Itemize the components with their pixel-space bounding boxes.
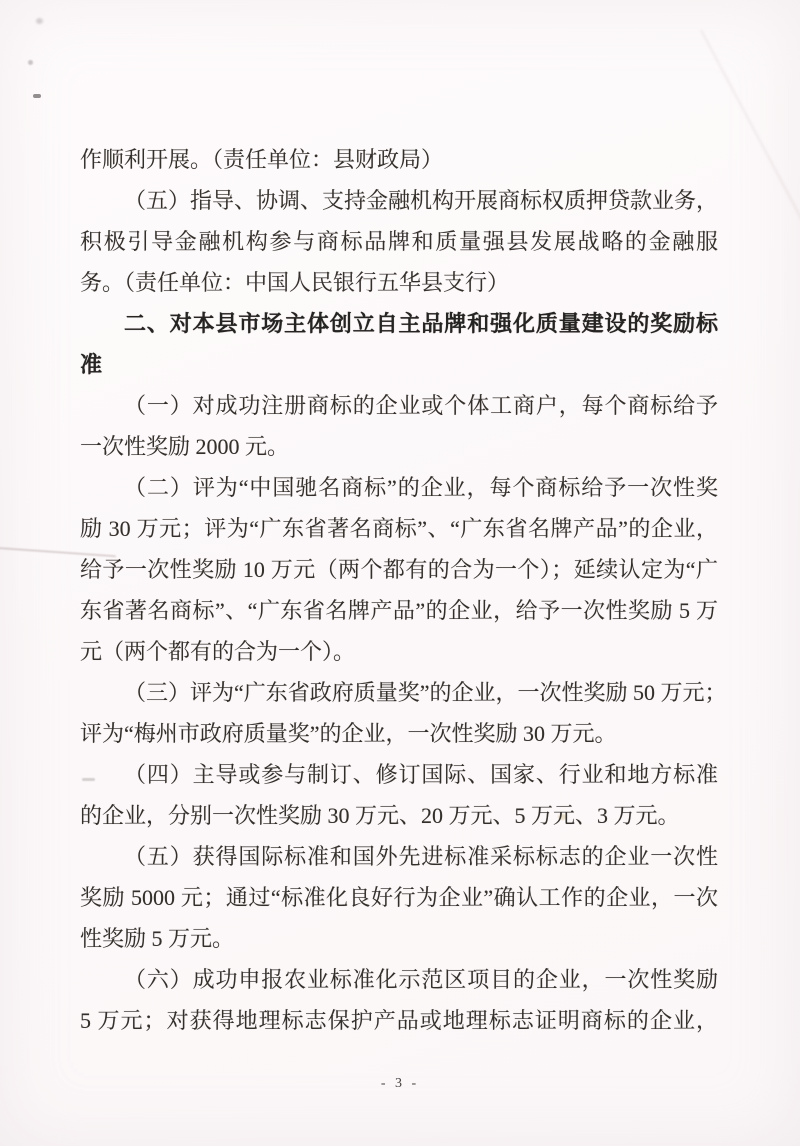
paragraph-line: 性奖励 5 万元。 bbox=[80, 918, 718, 959]
paragraph-line: 的企业，分别一次性奖励 30 万元、20 万元、5 万元、3 万元。 bbox=[80, 795, 718, 836]
paragraph-line: （二）评为“中国驰名商标”的企业，每个商标给予一次性奖 bbox=[80, 467, 718, 508]
paragraph-line: 给予一次性奖励 10 万元（两个都有的合为一个）；延续认定为“广 bbox=[80, 549, 718, 590]
scan-speck bbox=[28, 60, 33, 65]
paragraph-line: （一）对成功注册商标的企业或个体工商户，每个商标给予 bbox=[80, 385, 718, 426]
paragraph-line: 务。（责任单位：中国人民银行五华县支行） bbox=[80, 262, 718, 303]
paragraph-line: 积极引导金融机构参与商标品牌和质量强县发展战略的金融服 bbox=[80, 221, 718, 262]
page-number: - 3 - bbox=[0, 1076, 800, 1092]
paragraph-line: 5 万元；对获得地理标志保护产品或地理标志证明商标的企业， bbox=[80, 1000, 718, 1041]
section-heading-line: 二、对本县市场主体创立自主品牌和强化质量建设的奖励标 bbox=[80, 303, 718, 344]
paragraph-line: 励 30 万元；评为“广东省著名商标”、“广东省名牌产品”的企业， bbox=[80, 508, 718, 549]
paragraph-line: 评为“梅州市政府质量奖”的企业，一次性奖励 30 万元。 bbox=[80, 713, 718, 754]
paragraph-line: （五）获得国际标准和国外先进标准采标标志的企业一次性 bbox=[80, 836, 718, 877]
scan-speck bbox=[36, 18, 43, 24]
paragraph-line: 东省著名商标”、“广东省名牌产品”的企业，给予一次性奖励 5 万 bbox=[80, 590, 718, 631]
section-heading-line: 准 bbox=[80, 344, 718, 385]
paragraph-line: （三）评为“广东省政府质量奖”的企业，一次性奖励 50 万元； bbox=[80, 672, 718, 713]
paragraph-line: 作顺利开展。（责任单位：县财政局） bbox=[80, 139, 718, 180]
ink-speck bbox=[33, 94, 41, 98]
paragraph-line: （四）主导或参与制订、修订国际、国家、行业和地方标准 bbox=[80, 754, 718, 795]
document-body: 作顺利开展。（责任单位：县财政局） （五）指导、协调、支持金融机构开展商标权质押… bbox=[80, 139, 718, 1041]
paragraph-line: 元（两个都有的合为一个）。 bbox=[80, 631, 718, 672]
paragraph-line: （五）指导、协调、支持金融机构开展商标权质押贷款业务， bbox=[80, 180, 718, 221]
paragraph-line: （六）成功申报农业标准化示范区项目的企业，一次性奖励 bbox=[80, 959, 718, 1000]
scanned-document-page: 作顺利开展。（责任单位：县财政局） （五）指导、协调、支持金融机构开展商标权质押… bbox=[0, 0, 800, 1146]
paragraph-line: 一次性奖励 2000 元。 bbox=[80, 426, 718, 467]
paragraph-line: 奖励 5000 元；通过“标准化良好行为企业”确认工作的企业，一次 bbox=[80, 877, 718, 918]
